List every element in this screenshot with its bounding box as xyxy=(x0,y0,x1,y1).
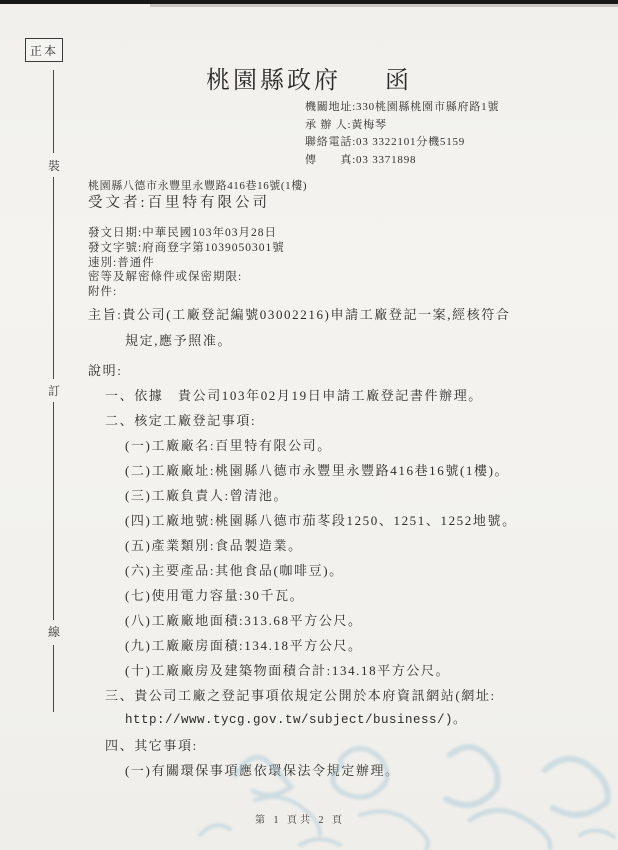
registration-item-factory-address: (二)工廠廠址:桃園縣八德市永豐里永豐路416巷16號(1樓)。 xyxy=(88,458,578,483)
registration-item-building-area: (九)工廠廠房面積:134.18平方公尺。 xyxy=(88,633,578,658)
environmental-note: (一)有關環保事項應依環保法令規定辦理。 xyxy=(88,758,578,783)
explanation-label: 說明: xyxy=(88,358,578,383)
agency-contact-block: 機關地址:330桃園縣桃園市縣府路1號 承 辦 人:黃梅琴 聯絡電話:03 33… xyxy=(305,99,499,169)
recipient-line: 受文者:百里特有限公司 xyxy=(88,191,270,212)
explanation-item: 四、其它事項: xyxy=(88,733,578,758)
issuing-agency-name: 桃園縣政府 xyxy=(206,68,341,94)
agency-phone: 聯絡電話:03 3322101分機5159 xyxy=(305,134,499,152)
document-meta-block: 發文日期:中華民國103年03月28日 發文字號:府商登字第1039050301… xyxy=(88,226,285,300)
registration-item-industry-category: (五)產業類別:食品製造業。 xyxy=(88,533,578,558)
subject-section: 主旨:貴公司(工廠登記編號03002216)申請工廠登記一案,經核符合 規定,應… xyxy=(88,302,578,354)
reference-number: 發文字號:府商登字第1039050301號 xyxy=(88,241,285,256)
copy-type-stamp: 正本 xyxy=(25,38,63,62)
subject-label: 主旨: xyxy=(88,307,122,322)
explanation-item: 二、核定工廠登記事項: xyxy=(88,408,578,433)
classification-line: 密等及解密條件或保密期限: xyxy=(88,270,285,285)
explanation-item: 三、貴公司工廠之登記事項依規定公開於本府資訊網站(網址: xyxy=(88,683,578,708)
explanation-item: 一、依據 貴公司103年02月19日申請工廠登記書件辦理。 xyxy=(88,383,578,408)
registration-item-power-capacity: (七)使用電力容量:30千瓦。 xyxy=(88,583,578,608)
document-page: 正本 裝 訂 線 桃園縣政府函 機關地址:330桃園縣桃園市縣府路1號 承 辦 … xyxy=(0,0,618,850)
issue-date: 發文日期:中華民國103年03月28日 xyxy=(88,226,285,241)
registration-item-responsible-person: (三)工廠負責人:曾清池。 xyxy=(88,483,578,508)
binding-line-segment xyxy=(53,402,54,620)
binding-line-segment xyxy=(53,645,54,712)
letter-body: 主旨:貴公司(工廠登記編號03002216)申請工廠登記一案,經核符合 規定,應… xyxy=(88,302,578,783)
registration-item-land-number: (四)工廠地號:桃園縣八德市茄苳段1250、1251、1252地號。 xyxy=(88,508,578,533)
subject-line-2: 規定,應予照准。 xyxy=(88,328,578,354)
agency-contact-person: 承 辦 人:黃梅琴 xyxy=(305,117,499,135)
registration-item-total-area: (十)工廠廠房及建築物面積合計:134.18平方公尺。 xyxy=(88,658,578,683)
scan-edge-shadow xyxy=(150,4,618,7)
binding-mark-zhuang: 裝 xyxy=(45,157,63,174)
explanation-section: 說明: 一、依據 貴公司103年02月19日申請工廠登記書件辦理。 二、核定工廠… xyxy=(88,358,578,783)
registration-item-factory-name: (一)工廠廠名:百里特有限公司。 xyxy=(88,433,578,458)
attachment-line: 附件: xyxy=(88,285,285,300)
agency-fax: 傳 真:03 3371898 xyxy=(305,152,499,170)
subject-line-1: 主旨:貴公司(工廠登記編號03002216)申請工廠登記一案,經核符合 xyxy=(88,302,578,328)
binding-mark-xian: 線 xyxy=(45,623,63,640)
public-info-url: http://www.tycg.gov.tw/subject/business/… xyxy=(88,708,578,733)
registration-item-land-area: (八)工廠廠地面積:313.68平方公尺。 xyxy=(88,608,578,633)
agency-address: 機關地址:330桃園縣桃園市縣府路1號 xyxy=(305,99,499,117)
copy-type-label: 正本 xyxy=(30,42,58,59)
document-type: 函 xyxy=(385,68,412,94)
recipient-label: 受文者: xyxy=(88,195,148,211)
recipient-name: 百里特有限公司 xyxy=(148,195,271,211)
binding-line-segment xyxy=(53,177,54,379)
page-number: 第 1 頁共 2 頁 xyxy=(0,811,600,826)
subject-text-1: 貴公司(工廠登記編號03002216)申請工廠登記一案,經核符合 xyxy=(122,307,510,322)
binding-mark-ding: 訂 xyxy=(45,382,63,399)
document-title: 桃園縣政府函 xyxy=(0,60,618,95)
priority-level: 速別:普通件 xyxy=(88,256,285,271)
registration-item-main-products: (六)主要產品:其他食品(咖啡豆)。 xyxy=(88,558,578,583)
